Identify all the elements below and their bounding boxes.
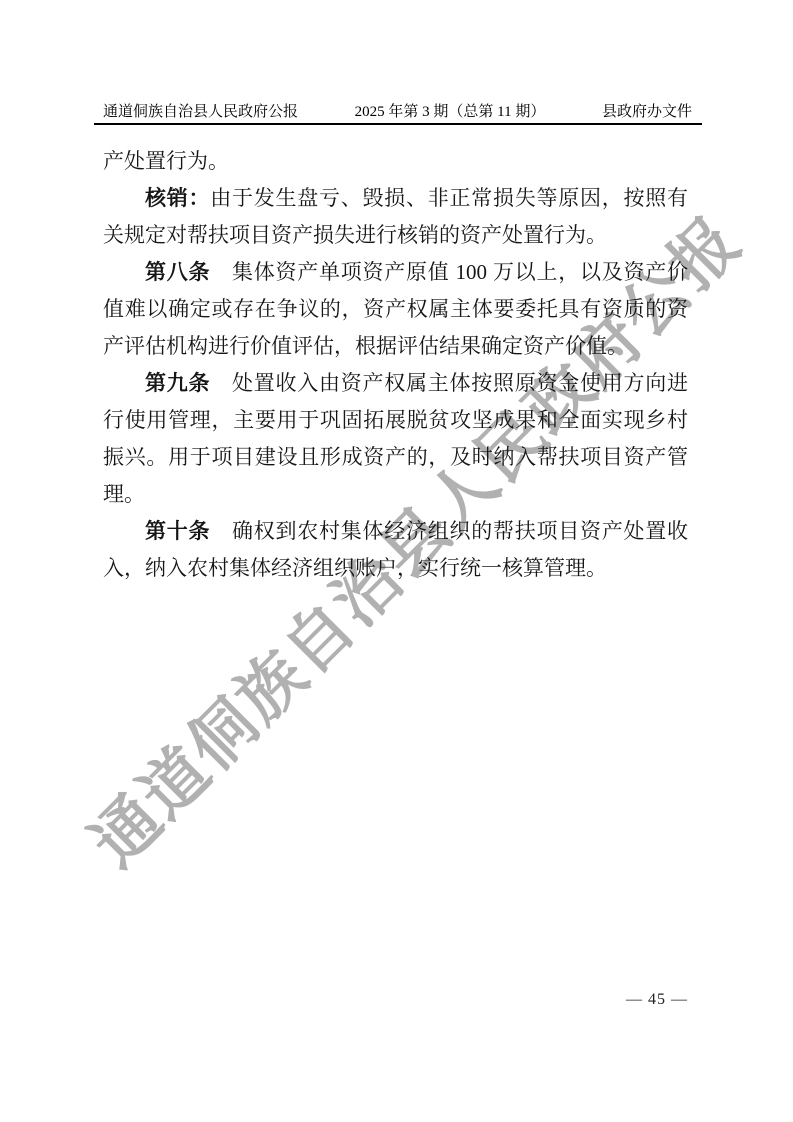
text-line: 理。 [103,476,688,513]
header-issue-info: 2025 年第 3 期（总第 11 期） [355,100,546,121]
text-line: 第九条 处置收入由资产权属主体按照原资金使用方向进 [103,365,688,402]
header-rule [94,123,702,125]
text-run: 集体资产单项资产原值 100 万以上，以及资产价 [210,260,688,284]
text-run: 行使用管理，主要用于巩固拓展脱贫攻坚成果和全面实现乡村 [103,408,688,432]
text-line: 值难以确定或存在争议的，资产权属主体要委托具有资质的资 [103,291,688,328]
text-run: 关规定对帮扶项目资产损失进行核销的资产处置行为。 [103,223,607,247]
text-run: 产评估机构进行价值评估，根据评估结果确定资产价值。 [103,334,628,358]
text-run: 入，纳入农村集体经济组织账户，实行统一核算管理。 [103,556,607,580]
document-page: 通道侗族自治县人民政府公报 通道侗族自治县人民政府公报 2025 年第 3 期（… [0,0,793,1122]
text-line: 第八条 集体资产单项资产原值 100 万以上，以及资产价 [103,254,688,291]
text-line: 入，纳入农村集体经济组织账户，实行统一核算管理。 [103,550,688,587]
bold-lead-in: 第九条 [145,371,210,395]
text-line: 产处置行为。 [103,143,688,180]
text-run: 振兴。用于项目建设且形成资产的，及时纳入帮扶项目资产管 [103,445,688,469]
bold-lead-in: 第十条 [145,519,210,543]
header-section-label: 县政府办文件 [602,100,692,121]
text-run: 由于发生盘亏、毁损、非正常损失等原因，按照有 [210,186,688,210]
text-line: 核销：由于发生盘亏、毁损、非正常损失等原因，按照有 [103,180,688,217]
bold-lead-in: 核销： [145,186,210,210]
text-run: 值难以确定或存在争议的，资产权属主体要委托具有资质的资 [103,297,688,321]
document-body: 产处置行为。核销：由于发生盘亏、毁损、非正常损失等原因，按照有关规定对帮扶项目资… [103,143,688,587]
text-line: 振兴。用于项目建设且形成资产的，及时纳入帮扶项目资产管 [103,439,688,476]
text-line: 关规定对帮扶项目资产损失进行核销的资产处置行为。 [103,217,688,254]
page-number: — 45 — [626,991,688,1008]
text-line: 第十条 确权到农村集体经济组织的帮扶项目资产处置收 [103,513,688,550]
bold-lead-in: 第八条 [145,260,210,284]
text-run: 处置收入由资产权属主体按照原资金使用方向进 [210,371,688,395]
text-run: 确权到农村集体经济组织的帮扶项目资产处置收 [210,519,688,543]
text-line: 产评估机构进行价值评估，根据评估结果确定资产价值。 [103,328,688,365]
header-publication-title: 通道侗族自治县人民政府公报 [103,100,298,121]
page-footer: — 45 — [103,991,688,1009]
page-header: 通道侗族自治县人民政府公报 2025 年第 3 期（总第 11 期） 县政府办文… [103,100,692,121]
text-line: 行使用管理，主要用于巩固拓展脱贫攻坚成果和全面实现乡村 [103,402,688,439]
text-run: 产处置行为。 [103,149,229,173]
text-run: 理。 [103,482,145,506]
